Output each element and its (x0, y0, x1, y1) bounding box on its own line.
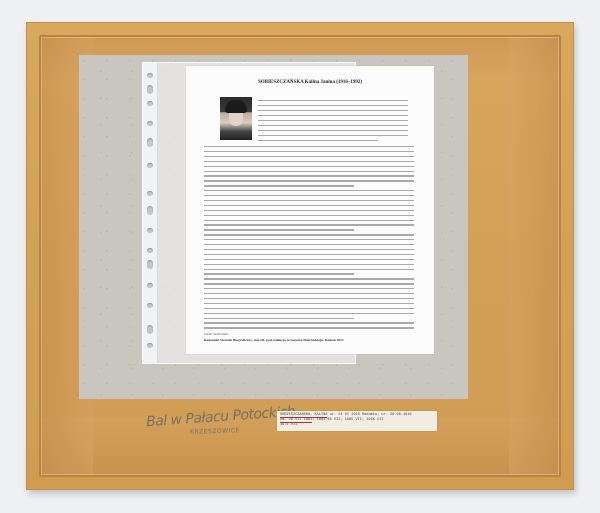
text-line (204, 215, 414, 216)
label-line1: ur. 24 VI 1916 Radomiu; ur. 29.06.1916 (330, 413, 412, 417)
punch-hole (147, 163, 153, 168)
biography-source: Radomski Słownik Biograficzny, tom III, … (204, 338, 344, 342)
text-line (204, 229, 354, 230)
text-line (204, 234, 414, 235)
text-line (204, 220, 414, 221)
punch-hole (147, 303, 153, 308)
text-line (204, 308, 414, 309)
text-line (204, 195, 414, 196)
text-line (204, 244, 414, 245)
punch-hole (147, 206, 153, 215)
text-line (204, 224, 414, 225)
punch-hole (147, 101, 153, 106)
portrait-photo (220, 97, 252, 140)
text-line (204, 210, 414, 211)
punch-hole (147, 283, 153, 288)
text-line (204, 327, 414, 328)
text-line (258, 120, 408, 121)
text-line (258, 130, 408, 131)
text-line (204, 264, 414, 265)
punched-strip (143, 63, 158, 363)
text-line (204, 254, 414, 255)
biography-author: Jakub Szafrański (204, 332, 228, 336)
text-line (204, 273, 354, 274)
text-line (204, 288, 414, 289)
text-line (204, 151, 414, 152)
text-line (258, 105, 408, 106)
text-line (258, 140, 378, 141)
text-line (204, 166, 414, 167)
punch-hole (147, 138, 153, 147)
text-line (258, 135, 408, 136)
punch-hole (147, 191, 153, 196)
text-line (204, 190, 414, 191)
typed-label-slip: SOBIESZCZAŃSKA, KALINA ur. 24 VI 1916 Ra… (277, 411, 437, 431)
text-line (204, 318, 354, 319)
text-line (204, 298, 414, 299)
text-line (204, 171, 414, 172)
punch-hole (147, 325, 153, 334)
text-line (204, 269, 414, 270)
label-line2: ; 1964-65 VII; 1965 VII; 1966 VII (312, 418, 383, 422)
punch-hole (147, 73, 153, 78)
text-line (204, 313, 414, 314)
biography-sheet: SOBIESZCZAŃSKA Kalina Janina (1916–1992)… (186, 66, 434, 354)
punch-hole (147, 85, 153, 94)
text-line (258, 125, 408, 126)
text-line (204, 322, 414, 323)
text-line (204, 259, 414, 260)
text-line (204, 283, 414, 284)
punch-hole (147, 260, 153, 269)
text-line (204, 278, 414, 279)
text-line (204, 161, 414, 162)
punch-hole (147, 248, 153, 253)
label-line3: 1971 VII (280, 423, 297, 427)
text-line (258, 100, 408, 101)
punch-hole (147, 343, 153, 348)
text-line (204, 146, 414, 147)
text-line (204, 175, 414, 176)
biography-title: SOBIESZCZAŃSKA Kalina Janina (1916–1992) (186, 80, 434, 85)
text-line (204, 185, 354, 186)
text-line (204, 239, 414, 240)
text-line (204, 249, 414, 250)
text-line (204, 293, 414, 294)
text-line (204, 200, 414, 201)
text-line (204, 303, 414, 304)
text-line (258, 110, 408, 111)
text-line (204, 156, 414, 157)
portrait-hair (225, 100, 247, 113)
punch-hole (147, 228, 153, 233)
text-line (204, 205, 414, 206)
text-line (204, 180, 414, 181)
punch-hole (147, 121, 153, 126)
text-line (258, 115, 408, 116)
